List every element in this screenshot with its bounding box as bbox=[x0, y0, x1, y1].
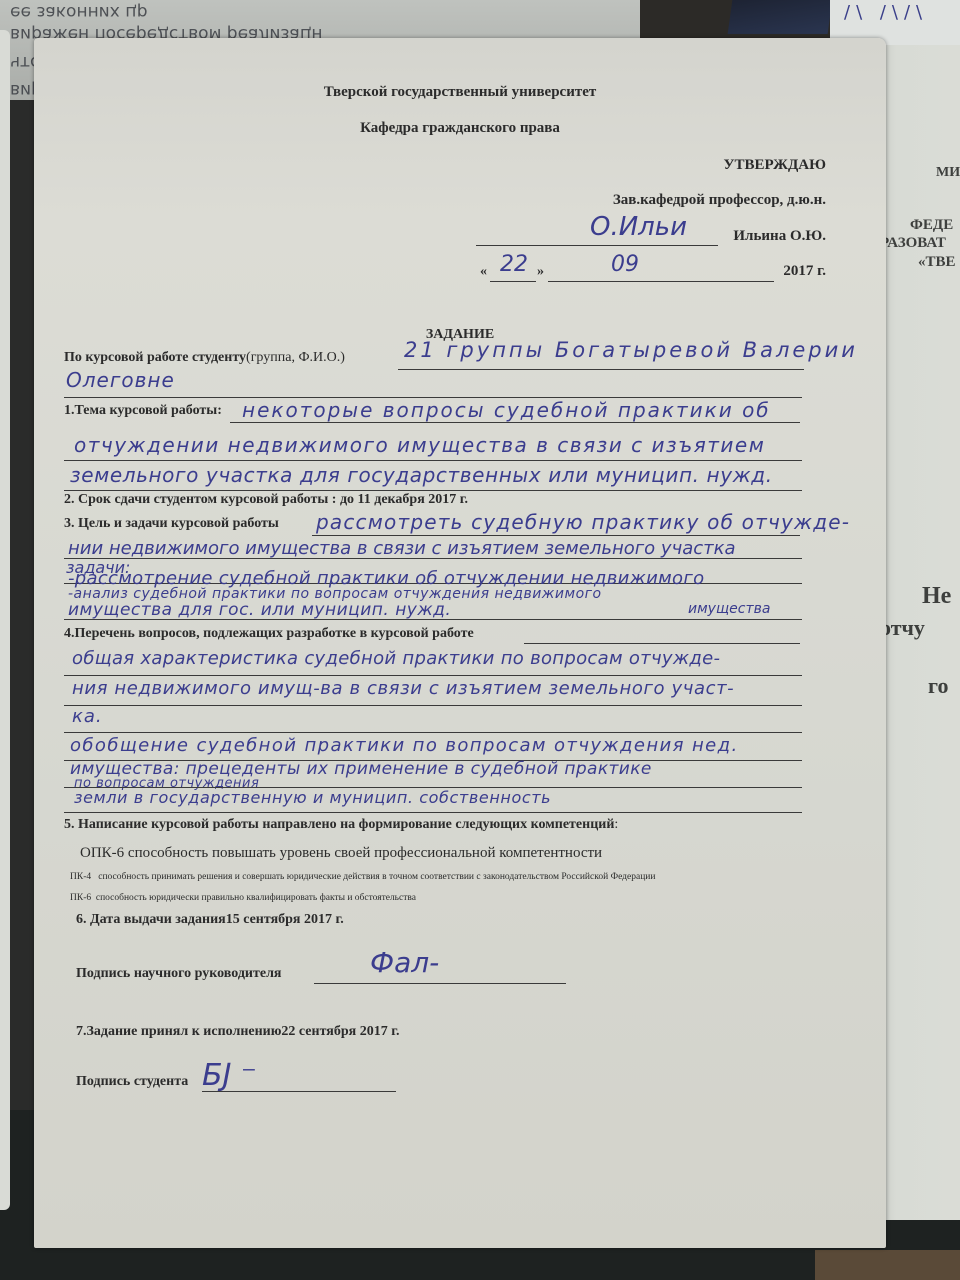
section3-label: 3. Цель и задачи курсовой работы bbox=[64, 516, 279, 532]
assignment-document: Тверской государственный университет Каф… bbox=[34, 38, 886, 1248]
section4-line2: ния недвижимого имущ-ва в связи с изъяти… bbox=[72, 678, 734, 699]
approval-day: 22 bbox=[500, 252, 528, 277]
competency-pk6: ПК-6 способность юридически правильно кв… bbox=[70, 893, 416, 903]
approval-month: 09 bbox=[611, 252, 639, 277]
section3-line2: нии недвижимого имущества в связи с изъя… bbox=[68, 538, 736, 559]
section3-line6: имущества для гос. или муницип. нужд. bbox=[68, 600, 451, 620]
competency-opk6: ОПК-6 способность повышать уровень своей… bbox=[80, 845, 602, 862]
section6-label: 6. Дата выдачи задания15 сентября 2017 г… bbox=[76, 912, 344, 928]
section4-label: 4.Перечень вопросов, подлежащих разработ… bbox=[64, 626, 474, 642]
student-value-line2: Олеговне bbox=[66, 368, 175, 392]
left-paper-edge bbox=[0, 30, 10, 1210]
section1-label: 1.Тема курсовой работы: bbox=[64, 403, 222, 419]
section7-label: 7.Задание принял к исполнению22 сентября… bbox=[76, 1024, 400, 1040]
background-desk bbox=[815, 1250, 960, 1280]
quote-close: » bbox=[537, 264, 544, 280]
left-dark-strip bbox=[10, 100, 34, 1110]
section4-line3: ка. bbox=[72, 706, 103, 727]
section1-line2: отчуждении недвижимого имущества в связи… bbox=[74, 433, 765, 457]
section4-line1: общая характеристика судебной практики п… bbox=[72, 648, 720, 669]
student-signature: БJ ⁻ bbox=[202, 1058, 257, 1093]
section5-label: 5. Написание курсовой работы направлено … bbox=[64, 817, 618, 833]
approval-year: 2017 г. bbox=[783, 263, 826, 280]
section4-line7: земли в государственную и муницип. собст… bbox=[74, 788, 551, 807]
right-background-document: МИ ФЕДЕ РАЗОВАТ «ТВЕ Не отчу го bbox=[880, 45, 960, 1220]
approver-signature: О.Ильи bbox=[590, 212, 687, 242]
background-blue-object bbox=[728, 0, 833, 34]
section4-line4: обобщение судебной практики по вопросам … bbox=[70, 735, 739, 756]
section1-line3: земельного участка для государственных и… bbox=[70, 463, 773, 487]
approver-name: Ильина О.Ю. bbox=[733, 228, 826, 245]
approver-position: Зав.кафедрой профессор, д.ю.н. bbox=[613, 192, 826, 209]
section1-line1: некоторые вопросы судебной практики об bbox=[242, 398, 771, 422]
section3-line7: имущества bbox=[688, 601, 770, 617]
supervisor-signature-label: Подпись научного руководителя bbox=[76, 966, 282, 982]
section2-label: 2. Срок сдачи студентом курсовой работы … bbox=[64, 492, 468, 508]
department-name: Кафедра гражданского права bbox=[34, 120, 886, 137]
section3-line1: рассмотреть судебную практику об отчужде… bbox=[316, 510, 850, 534]
student-value-line1: 21 группы Богатыревой Валерии bbox=[404, 338, 858, 362]
quote-open: « bbox=[480, 264, 487, 280]
student-signature-label: Подпись студента bbox=[76, 1074, 188, 1090]
approver-signature-line bbox=[476, 245, 718, 246]
competency-pk4: ПК-4 способность принимать решения и сов… bbox=[70, 872, 655, 882]
university-name: Тверской государственный университет bbox=[34, 84, 886, 101]
supervisor-signature: Фал- bbox=[370, 946, 439, 979]
student-label: По курсовой работе студенту(группа, Ф.И.… bbox=[64, 350, 345, 366]
background-mirror-text: ее законних цр bbox=[10, 2, 148, 22]
approval-label: УТВЕРЖДАЮ bbox=[723, 157, 826, 174]
